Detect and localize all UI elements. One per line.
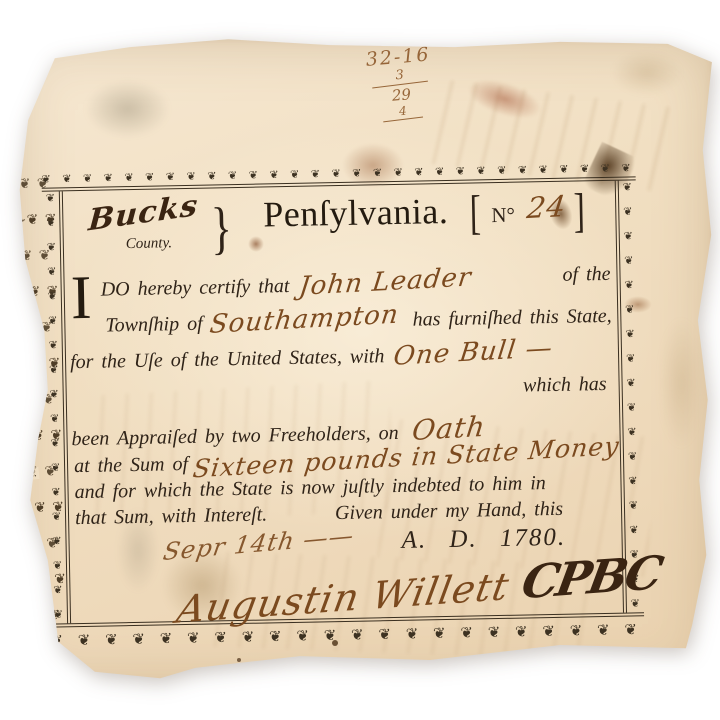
signature-line: Augustin Willett CPBC [70, 559, 622, 570]
certificate-content: Bucks County. } Penſylvania. [ N° 24 ] I… [63, 181, 623, 624]
ink-speck [237, 658, 241, 662]
printed-text: Townſhip of [105, 313, 203, 338]
number-label: N° [491, 203, 515, 228]
handwritten-township: Southampton [208, 300, 401, 340]
body-line-4: which has [66, 373, 618, 384]
certificate-frame: ❦ ❦ ❦ ❦ ❦ ❦ ❦ ❦ ❦ ❦ ❦ ❦ ❦ ❦ ❦ ❦ ❦ ❦ ❦ ❦ … [41, 160, 644, 653]
handwritten-goods: One Bull — [392, 333, 555, 372]
edge-stain [612, 50, 682, 95]
right-edge-stain [660, 318, 702, 448]
number-bracket-open: [ [469, 185, 481, 240]
handwritten-name: John Leader [297, 262, 473, 301]
body-line-3: for the Uſe of the United States, with O… [66, 335, 618, 376]
printed-year: A. D. 1780. [401, 524, 566, 555]
certificate-paper: 32-16 3 29 4 ❧❦ ❦❧❦ ❦❧❦ ❦❧❦ ❦❧❦ ❦❧❦ ❦❧❦ … [12, 38, 714, 690]
grey-stain [85, 80, 170, 138]
frame-middle: ❦ ❦ ❦ ❦ ❦ ❦ ❦ ❦ ❦ ❦ ❦ ❦ ❦ ❦ ❦ ❦ ❦ ❦ ❦ ❦ … [42, 180, 644, 623]
handwritten-arithmetic: 32-16 3 29 4 [365, 43, 436, 123]
printed-text: at the Sum of [74, 453, 188, 478]
body-line-1: DO hereby certify that John Leader of th… [64, 263, 616, 304]
county-name-handwritten: Bucks [87, 188, 199, 238]
signature-initials: CPBC [518, 545, 665, 609]
state-title: Penſylvania. [263, 190, 449, 236]
printed-text: has furniſhed this State, [412, 305, 611, 332]
printed-text: for the Uſe of the United States, with [70, 345, 385, 374]
brace: } [210, 194, 232, 261]
printed-text: that Sum, with Intereſt. [75, 503, 268, 530]
certificate-number-handwritten: 24 [525, 189, 568, 225]
printed-text: DO hereby certify that [100, 275, 289, 302]
county-label: County. [126, 235, 173, 253]
left-ornament-strip: ❦ ❦ ❦ ❦ ❦ ❦ ❦ ❦ ❦ ❦ ❦ ❦ ❦ ❦ ❦ ❦ ❦ ❦ ❦ ❦ … [42, 191, 66, 623]
scanned-document-stage: 32-16 3 29 4 ❧❦ ❦❧❦ ❦❧❦ ❦❧❦ ❦❧❦ ❦❧❦ ❦❧❦ … [0, 0, 720, 720]
stub-text-fragment: nia. [17, 467, 39, 481]
number-bracket-close: ] [573, 183, 585, 238]
printed-text: which has [523, 373, 607, 398]
printed-text: of the [562, 263, 610, 287]
ink-smear [464, 72, 545, 126]
paper-shadow-wrapper: 32-16 3 29 4 ❧❦ ❦❧❦ ❦❧❦ ❦❧❦ ❦❧❦ ❦❧❦ ❦❧❦ … [0, 0, 720, 720]
stub-text-fragment: lva- [13, 423, 35, 437]
printed-text: Given under my Hand, this [335, 498, 563, 525]
